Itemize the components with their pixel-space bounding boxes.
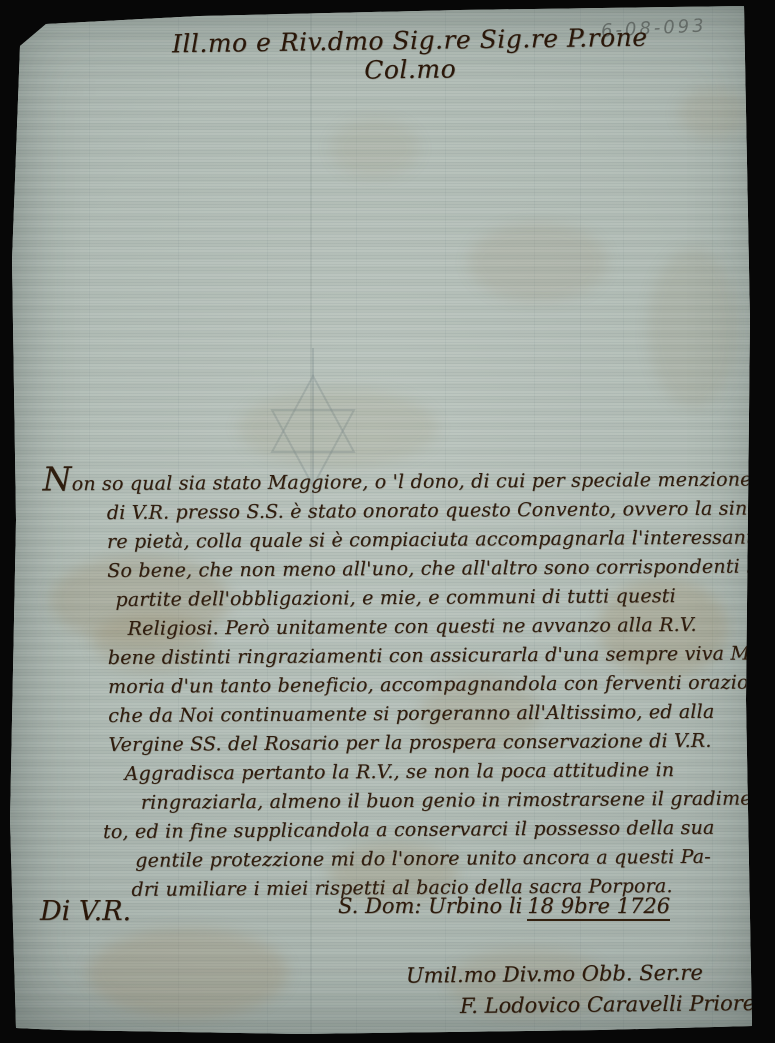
paper-stain bbox=[330, 118, 420, 178]
paper-stain bbox=[88, 928, 288, 1018]
body-line: moria d'un tanto beneficio, accompagnand… bbox=[108, 669, 744, 702]
signature-name: F. Lodovico Caravelli Priore bbox=[361, 991, 755, 1019]
body-line: che da Noi continuamente si porgeranno a… bbox=[108, 698, 744, 731]
paper-stain bbox=[468, 222, 608, 302]
body-line: gentile protezzione mi do l'onore unito … bbox=[135, 843, 745, 876]
signature-role: Umil.mo Div.mo Obb. Ser.re bbox=[361, 961, 703, 989]
body-line: So bene, che non meno all'uno, che all'a… bbox=[107, 553, 743, 586]
paper-stain bbox=[678, 88, 748, 138]
dateline: S. Dom: Urbino li18 9bre 1726 bbox=[338, 894, 670, 918]
photo-backdrop: 6-08-093 Ill.mo e Riv.dmo Sig.re Sig.re … bbox=[0, 0, 775, 1043]
body-line: ringraziarla, almeno il buon genio in ri… bbox=[141, 785, 745, 818]
body-line: to, ed in fine supplicandola a conservar… bbox=[103, 814, 745, 847]
manuscript-paper: 6-08-093 Ill.mo e Riv.dmo Sig.re Sig.re … bbox=[0, 0, 775, 1043]
letter-body: Non so qual sia stato Maggiore, o 'l don… bbox=[42, 460, 745, 906]
body-line: Religiosi. Però unitamente con questi ne… bbox=[128, 611, 744, 644]
dateline-date: 18 9bre 1726 bbox=[527, 894, 670, 921]
closing-di-vr: Di V.R. bbox=[40, 896, 131, 927]
body-line: Aggradisca pertanto la R.V., se non la p… bbox=[125, 756, 745, 789]
body-line: bene distinti ringraziamenti con assicur… bbox=[108, 640, 744, 673]
letter-salutation: Ill.mo e Riv.dmo Sig.re Sig.re P.rone Co… bbox=[130, 22, 691, 88]
paper-stain bbox=[648, 248, 738, 408]
signature-block: Umil.mo Div.mo Obb. Ser.re F. Lodovico C… bbox=[361, 960, 762, 1019]
body-line: partite dell'obbligazioni, e mie, e comm… bbox=[115, 582, 743, 615]
body-line: re pietà, colla quale si è compiaciuta a… bbox=[107, 524, 743, 557]
dateline-place: S. Dom: Urbino li bbox=[338, 894, 522, 918]
body-line: di V.R. presso S.S. è stato onorato ques… bbox=[107, 495, 743, 528]
body-line: Non so qual sia stato Maggiore, o 'l don… bbox=[42, 460, 742, 500]
body-line: Vergine SS. del Rosario per la prospera … bbox=[108, 727, 744, 760]
